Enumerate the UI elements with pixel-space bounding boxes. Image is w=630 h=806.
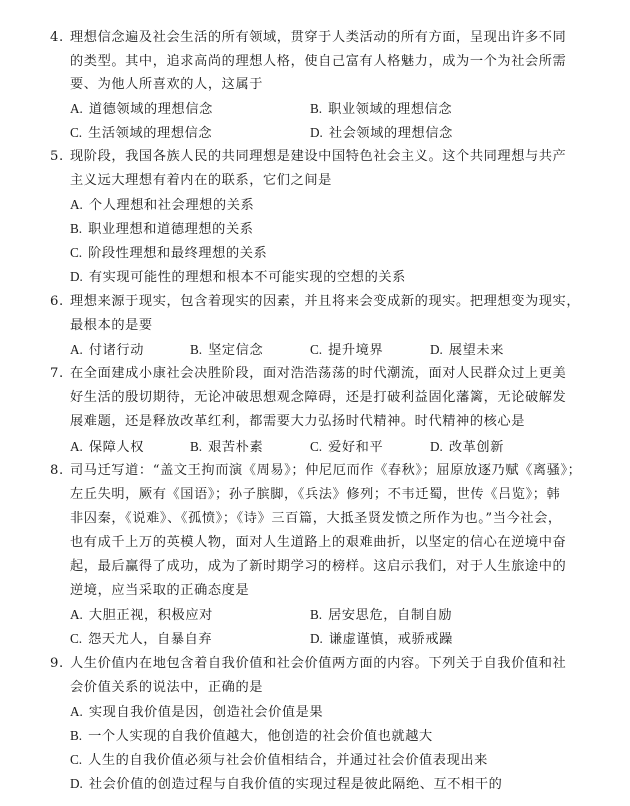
question-number: 6. — [50, 290, 64, 314]
option-b: B.居安思危，自制自励 — [310, 603, 452, 628]
question-text: 要、为他人所喜欢的人，这属于 — [70, 73, 263, 97]
option-a: A.个人理想和社会理想的关系 — [70, 193, 254, 218]
option-d: D.有实现可能性的理想和根本不可能实现的空想的关系 — [70, 265, 406, 290]
question-number: 8. — [50, 459, 64, 483]
question-text: 也有成千上万的英模人物，面对人生道路上的艰难曲折，以坚定的信心在逆境中奋 — [70, 531, 566, 555]
option-a: A.大胆正视，积极应对 — [70, 603, 213, 628]
option-c: C.生活领域的理想信念 — [70, 121, 212, 146]
option-b: B.一个人实现的自我价值越大，他创造的社会价值也就越大 — [70, 724, 433, 749]
option-c: C.怨天尤人，自暴自弃 — [70, 627, 212, 652]
question-number: 9. — [50, 652, 64, 676]
question-text: 展难题，还是释放改革红利，都需要大力弘扬时代精神。时代精神的核心是 — [70, 410, 525, 434]
option-a: A.道德领域的理想信念 — [70, 97, 213, 122]
option-b: B.艰苦朴素 — [190, 435, 263, 460]
option-d: D.社会领域的理想信念 — [310, 121, 453, 146]
question-text: 现阶段，我国各族人民的共同理想是建设中国特色社会主义。这个共同理想与共产 — [70, 145, 566, 169]
question-text: 人生价值内在地包含着自我价值和社会价值两方面的内容。下列关于自我价值和社 — [70, 652, 566, 676]
option-b: B.职业理想和道德理想的关系 — [70, 217, 254, 242]
option-b: B.坚定信念 — [190, 338, 263, 363]
question-text: 在全面建成小康社会决胜阶段，面对浩浩荡荡的时代潮流，面对人民群众过上更美 — [70, 362, 566, 386]
option-c: C.爱好和平 — [310, 435, 383, 460]
option-d: D.展望未来 — [430, 338, 504, 363]
option-d: D.谦虚谨慎，戒骄戒躁 — [310, 627, 453, 652]
question-text: 非囚秦，《说难》、《孤愤》；《诗》三百篇，大抵圣贤发愤之所作为也。”当今社会， — [70, 507, 562, 531]
option-a: A.保障人权 — [70, 435, 144, 460]
option-c: C.人生的自我价值必须与社会价值相结合，并通过社会价值表现出来 — [70, 748, 488, 773]
option-b: B.职业领域的理想信念 — [310, 97, 452, 122]
question-number: 5. — [50, 145, 64, 169]
option-d: D.社会价值的创造过程与自我价值的实现过程是彼此隔绝、互不相干的 — [70, 772, 502, 797]
option-c: C.提升境界 — [310, 338, 383, 363]
question-text: 主义远大理想有着内在的联系，它们之间是 — [70, 169, 332, 193]
question-number: 7. — [50, 362, 64, 386]
question-text: 逆境，应当采取的正确态度是 — [70, 579, 249, 603]
option-d: D.改革创新 — [430, 435, 504, 460]
option-a: A.实现自我价值是因，创造社会价值是果 — [70, 700, 323, 725]
question-text: 理想来源于现实，包含着现实的因素，并且将来会变成新的现实。把理想变为现实， — [70, 290, 580, 314]
question-text: 好生活的殷切期待，无论冲破思想观念障碍，还是打破利益固化藩篱，无论破解发 — [70, 386, 566, 410]
question-text: 起，最后赢得了成功，成为了新时期学习的榜样。这启示我们，对于人生旅途中的 — [70, 555, 566, 579]
question-text: 的类型。其中，追求高尚的理想人格，使自己富有人格魅力，成为一个为社会所需 — [70, 50, 566, 74]
option-a: A.付诸行动 — [70, 338, 144, 363]
question-text: 最根本的是要 — [70, 314, 153, 338]
question-text: 左丘失明，厥有《国语》；孙子膑脚，《兵法》修列；不韦迁蜀，世传《吕览》；韩 — [70, 483, 560, 507]
option-c: C.阶段性理想和最终理想的关系 — [70, 241, 267, 266]
question-number: 4. — [50, 26, 64, 50]
question-text: 理想信念遍及社会生活的所有领域，贯穿于人类活动的所有方面，呈现出许多不同 — [70, 26, 566, 50]
question-text: 司马迁写道：“盖文王拘而演《周易》；仲尼厄而作《春秋》；屈原放逐乃赋《离骚》； — [70, 459, 581, 483]
question-text: 会价值关系的说法中，正确的是 — [70, 676, 263, 700]
